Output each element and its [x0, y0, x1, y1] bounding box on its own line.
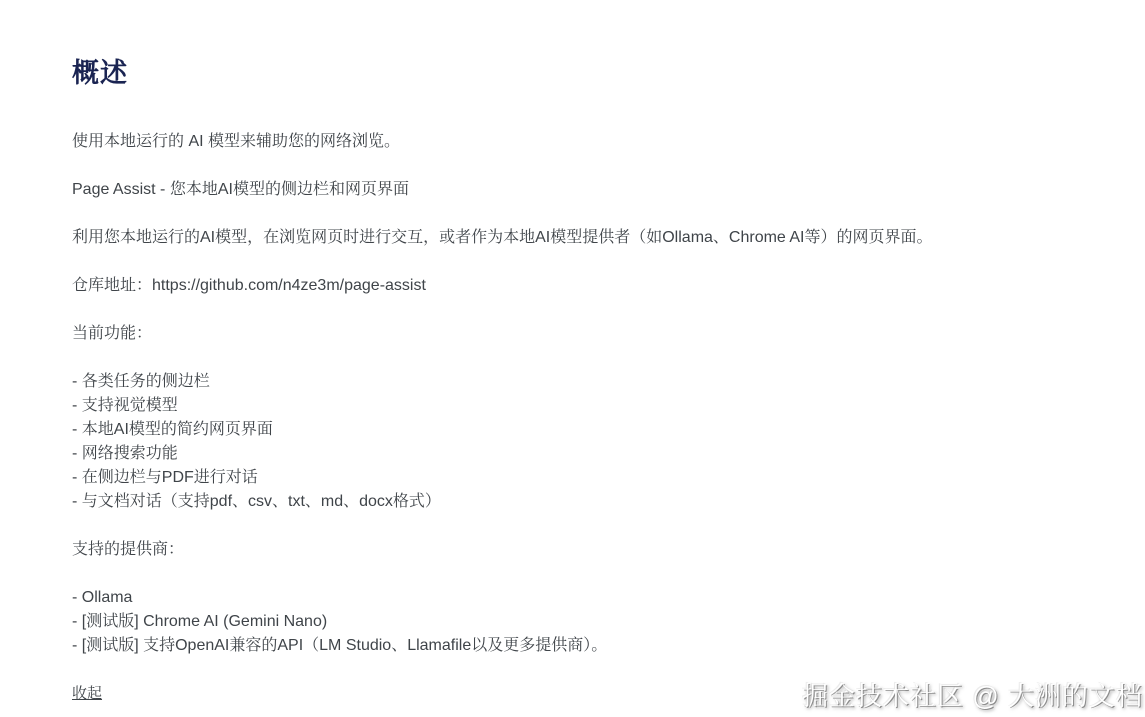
- providers-heading: 支持的提供商：: [72, 538, 1073, 562]
- feature-item: - 网络搜索功能: [72, 442, 1073, 466]
- provider-item: - [测试版] Chrome AI (Gemini Nano): [72, 610, 1073, 634]
- provider-item: - [测试版] 支持OpenAI兼容的API（LM Studio、Llamafi…: [72, 634, 1073, 658]
- page-title: 概述: [72, 56, 1073, 90]
- repo-address-paragraph: 仓库地址：https://github.com/n4ze3m/page-assi…: [72, 274, 1073, 298]
- feature-item: - 各类任务的侧边栏: [72, 370, 1073, 394]
- feature-item: - 支持视觉模型: [72, 394, 1073, 418]
- document-page: 概述 使用本地运行的 AI 模型来辅助您的网络浏览。 Page Assist -…: [0, 0, 1145, 704]
- feature-item: - 在侧边栏与PDF进行对话: [72, 466, 1073, 490]
- providers-list: - Ollama - [测试版] Chrome AI (Gemini Nano)…: [72, 586, 1073, 658]
- provider-item: - Ollama: [72, 586, 1073, 610]
- features-list: - 各类任务的侧边栏 - 支持视觉模型 - 本地AI模型的简约网页界面 - 网络…: [72, 370, 1073, 514]
- feature-item: - 与文档对话（支持pdf、csv、txt、md、docx格式）: [72, 490, 1073, 514]
- description-paragraph: 利用您本地运行的AI模型，在浏览网页时进行交互，或者作为本地AI模型提供者（如O…: [72, 226, 1073, 250]
- feature-item: - 本地AI模型的简约网页界面: [72, 418, 1073, 442]
- subtitle-paragraph: Page Assist - 您本地AI模型的侧边栏和网页界面: [72, 178, 1073, 202]
- features-heading: 当前功能：: [72, 322, 1073, 346]
- intro-paragraph: 使用本地运行的 AI 模型来辅助您的网络浏览。: [72, 130, 1073, 154]
- collapse-link[interactable]: 收起: [72, 684, 102, 704]
